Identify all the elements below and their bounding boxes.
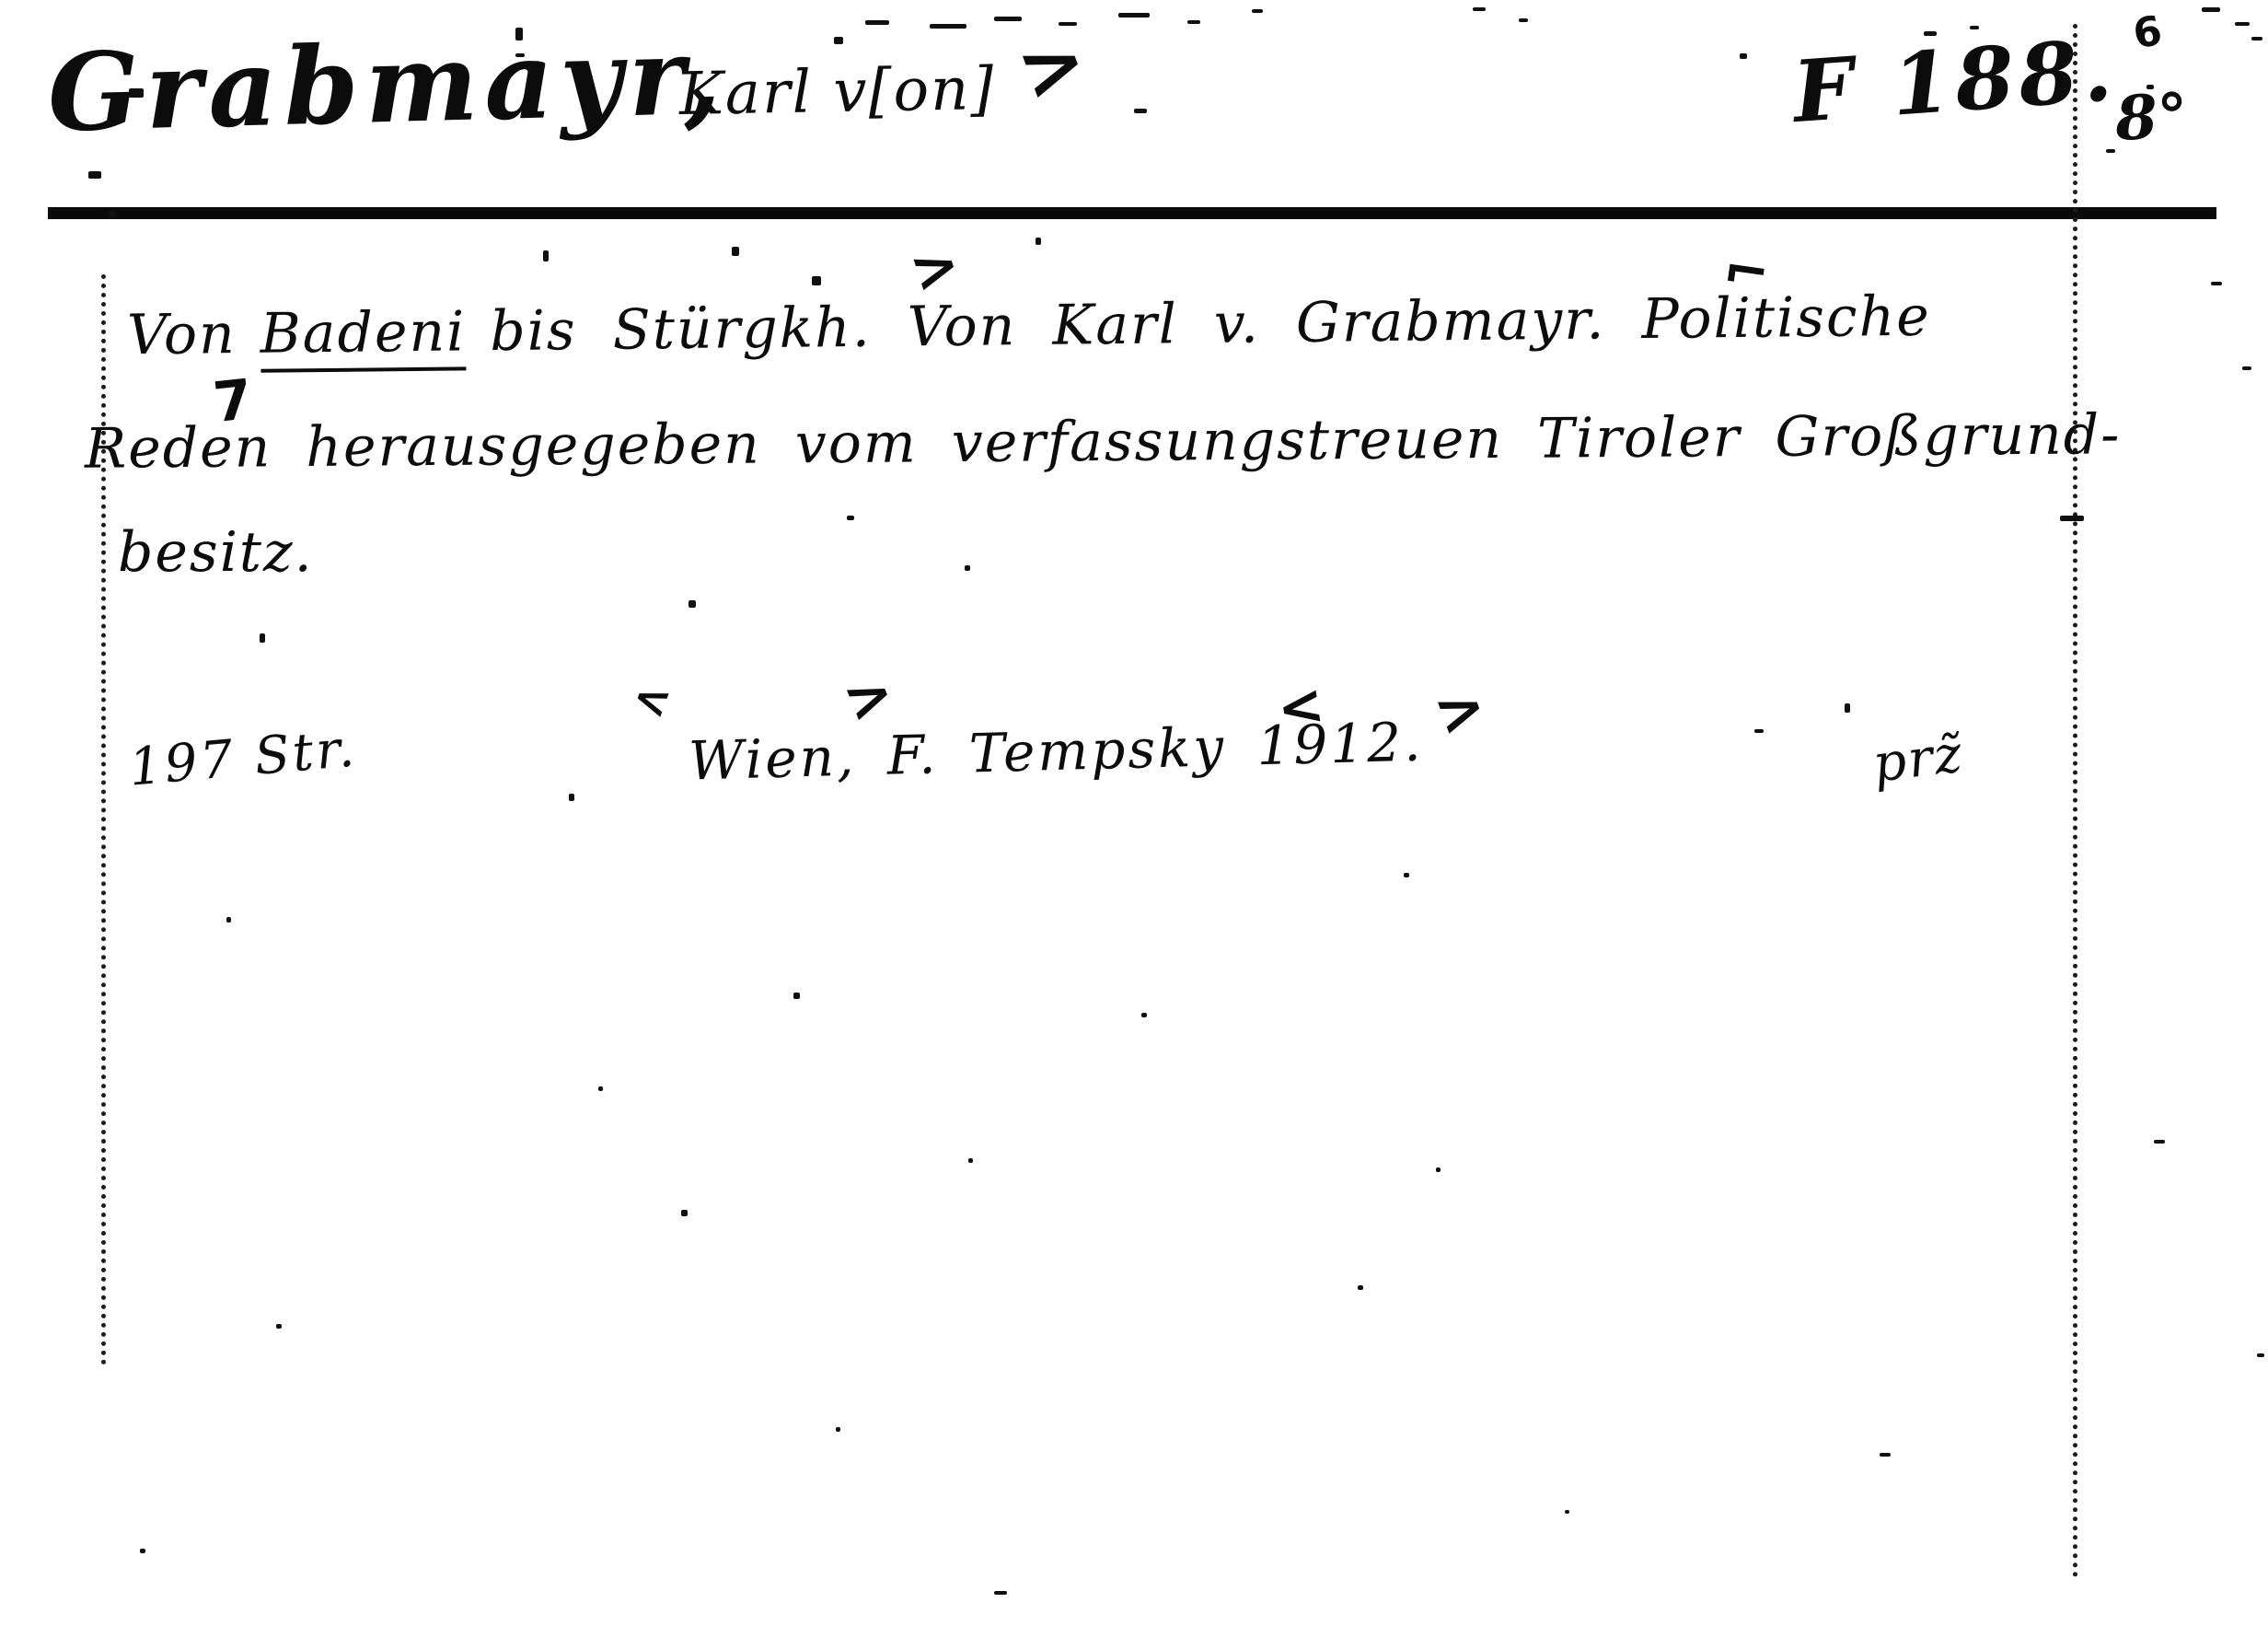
- scan-noise-speck: [515, 28, 523, 41]
- insertion-mark: >: [904, 233, 967, 302]
- shelfmark: F 188.: [1790, 22, 2120, 142]
- scan-noise-speck: [2251, 37, 2262, 41]
- scan-noise-speck: [865, 20, 889, 25]
- catalog-card: Grabmayr, Karl v[on] F 188. 8° VonBadeni…: [0, 0, 2268, 1649]
- scan-noise-speck: [681, 1210, 688, 1216]
- title-line-3: besitz.: [118, 521, 314, 585]
- author-surname: Grabmayr,: [46, 15, 728, 156]
- insertion-mark: ⌐: [1719, 242, 1773, 303]
- scan-noise-speck: [2106, 149, 2115, 153]
- insertion-mark: >: [1009, 18, 1097, 114]
- scan-noise-speck: [1880, 1453, 1891, 1457]
- scan-noise-speck: [569, 794, 574, 801]
- scan-noise-speck: [140, 1549, 145, 1553]
- scan-noise-speck: [88, 171, 101, 179]
- scan-noise-speck: [226, 917, 231, 923]
- scan-noise-speck: [1519, 18, 1528, 22]
- scan-noise-speck: [1924, 31, 1937, 36]
- scan-noise-speck: [834, 37, 843, 44]
- scan-noise-speck: [2257, 1353, 2264, 1357]
- scan-noise-speck: [129, 88, 144, 98]
- insertion-mark: 7: [211, 372, 255, 431]
- scan-noise-speck: [1740, 53, 1747, 59]
- scan-noise-speck: [2060, 516, 2084, 521]
- scan-noise-speck: [1436, 1167, 1441, 1172]
- scan-noise-speck: [1565, 1510, 1569, 1514]
- scan-noise-speck: [2202, 7, 2220, 12]
- scan-noise-speck: [2242, 366, 2251, 370]
- scan-noise-speck: [994, 1591, 1007, 1595]
- header-rule-line: [48, 207, 2216, 219]
- insertion-mark: >: [836, 662, 901, 733]
- extent-pages: 197 Str.: [127, 719, 360, 798]
- insertion-mark: <: [627, 673, 677, 727]
- scan-noise-speck: [2146, 85, 2154, 89]
- scan-noise-speck: [276, 1324, 282, 1329]
- scan-noise-speck: [965, 565, 970, 571]
- scan-noise-speck: [1845, 703, 1850, 713]
- scan-noise-speck: [1404, 873, 1409, 877]
- scan-noise-speck: [1187, 20, 1200, 24]
- title-line-1-rest: bis Stürgkh. Von Karl v. Grabmayr. Polit…: [490, 285, 1931, 364]
- scan-noise-speck: [1134, 109, 1147, 113]
- scan-noise-speck: [2154, 1140, 2165, 1144]
- scan-noise-speck: [1473, 7, 1486, 11]
- scan-noise-speck: [930, 24, 966, 29]
- scan-noise-speck: [1036, 238, 1041, 245]
- scan-noise-speck: [994, 17, 1022, 21]
- scan-noise-speck: [793, 993, 800, 999]
- author-given-name: Karl v[on]: [678, 56, 995, 130]
- scan-noise-speck: [688, 600, 696, 608]
- scan-noise-speck: [812, 276, 821, 285]
- insertion-mark: 6: [2130, 11, 2165, 56]
- scan-noise-speck: [598, 1086, 603, 1091]
- scan-noise-speck: [1252, 9, 1263, 13]
- scan-noise-speck: [109, 210, 116, 217]
- scan-noise-speck: [1118, 13, 1150, 17]
- book-format: 8°: [2113, 81, 2190, 155]
- scan-noise-speck: [847, 516, 854, 520]
- scan-noise-speck: [968, 1158, 973, 1163]
- librarian-annotation: prz̃: [1869, 725, 1966, 795]
- title-word-badeni-underlined: Badeni: [260, 299, 466, 372]
- right-dotted-edge: [2073, 24, 2077, 1578]
- scan-noise-speck: [1754, 729, 1764, 733]
- title-line-1: VonBadenibis Stürgkh. Von Karl v. Grabma…: [127, 285, 1931, 368]
- title-word-von: Von: [127, 302, 237, 367]
- scan-noise-speck: [836, 1427, 840, 1432]
- title-line-2: Reden herausgegeben vom verfassungstreue…: [85, 403, 2122, 481]
- scan-noise-speck: [732, 247, 739, 256]
- scan-noise-speck: [1059, 22, 1077, 26]
- scan-noise-speck: [1358, 1285, 1363, 1290]
- scan-noise-speck: [1141, 1013, 1147, 1017]
- insertion-mark: <: [1274, 677, 1327, 737]
- scan-noise-speck: [2235, 22, 2250, 26]
- scan-noise-speck: [2211, 282, 2222, 285]
- scan-noise-speck: [1970, 26, 1979, 29]
- scan-noise-speck: [260, 633, 265, 643]
- insertion-mark: >: [1428, 675, 1494, 747]
- scan-noise-speck: [543, 250, 549, 261]
- scan-noise-speck: [515, 53, 525, 57]
